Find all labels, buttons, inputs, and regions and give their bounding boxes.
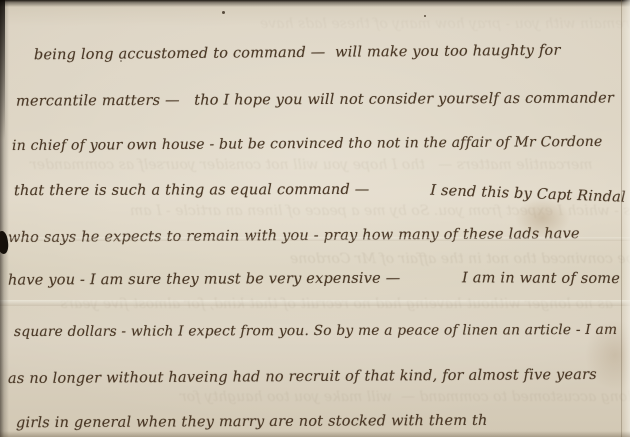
paper-edge-bottom [0, 431, 630, 437]
manuscript-page: who says he expects to remain with you -… [0, 0, 630, 437]
bleed-through-text: who says he expects to remain with you -… [260, 16, 630, 32]
fold-crease [0, 300, 630, 306]
ink-speck [222, 11, 225, 14]
bleed-through-text: in chief of your own house - but be conv… [290, 251, 630, 267]
paper-edge-top [0, 0, 630, 7]
letter-line-text: square dollars - which I expect from you… [14, 324, 617, 340]
letter-line-1: being long accustomed to command — will … [34, 44, 561, 63]
letter-line-text: have you - I am sure they must be very e… [8, 272, 400, 289]
paper-edge-left-shadow [0, 0, 5, 140]
letter-line-6: have you - I am sure they must be very e… [8, 270, 620, 288]
letter-line-8: as no longer without haveing had no recr… [8, 368, 597, 387]
letter-line-7: square dollars - which I expect from you… [14, 324, 617, 340]
letter-line-text: being long accustomed to command — will … [34, 44, 561, 63]
ink-speck [424, 15, 426, 17]
letter-line-text: girls in general when they marry are not… [16, 414, 488, 431]
letter-line-9: girls in general when they marry are not… [16, 414, 488, 431]
letter-line-text: that there is such a thing as equal comm… [14, 183, 370, 199]
fold-crease [0, 237, 630, 241]
letter-line-text: as no longer without haveing had no recr… [8, 368, 597, 387]
letter-line-text-right: I am in want of some [462, 271, 620, 286]
ink-speck [120, 60, 122, 62]
letter-line-text: mercantile matters — tho I hope you will… [16, 91, 614, 109]
paper-stain [515, 198, 570, 238]
bleed-through-text: being long accustomed to command — will … [180, 389, 630, 405]
letter-line-text: in chief of your own house - but be conv… [12, 135, 603, 153]
letter-line-2: mercantile matters — tho I hope you will… [16, 91, 614, 109]
letter-line-3: in chief of your own house - but be conv… [12, 135, 603, 153]
bleed-through-text: mercantile matters — tho I hope you will… [30, 157, 593, 173]
letter-line-4: that there is such a thing as equal comm… [14, 182, 626, 199]
paper-edge-right [622, 0, 630, 437]
